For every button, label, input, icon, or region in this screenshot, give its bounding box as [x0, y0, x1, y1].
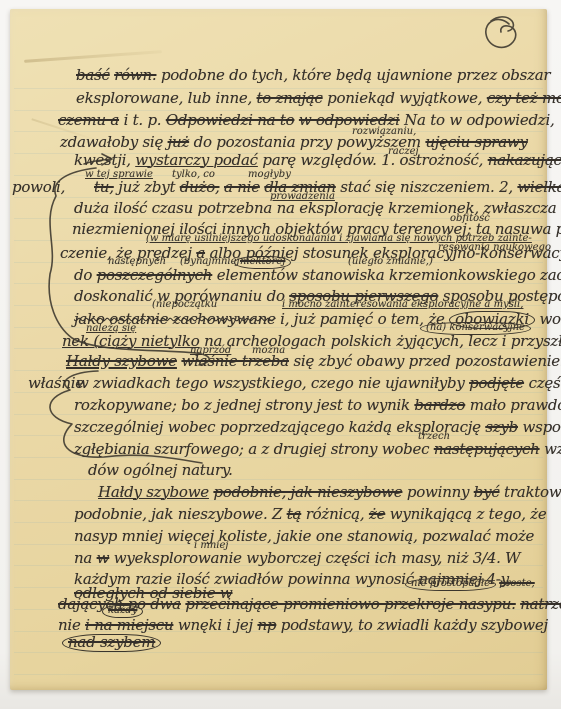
text-segment: powoli, [12, 178, 65, 196]
text-segment: wystarczy podać [135, 151, 258, 169]
text-segment: w zwiadkach tego wszystkiego, czego nie … [76, 374, 465, 392]
handwritten-line: Hałdy szybowe podobnie, jak nieszybowe p… [98, 483, 561, 501]
text-segment-struck: i na miejscu [85, 616, 173, 634]
ruled-line [14, 370, 543, 371]
handwritten-line: nasyp mniej więcej koliste, jakie one st… [74, 527, 534, 545]
text-segment-struck: to znając [257, 89, 323, 107]
text-segment: wnęki i jej [178, 616, 253, 634]
handwritten-line: baść równ. podobne do tych, które będą u… [76, 66, 550, 84]
text-segment: zdawałoby się [60, 133, 163, 151]
text-segment: wyeksplorowanie [114, 549, 242, 567]
text-segment: podobnie, jak nieszybowe. Z [74, 505, 282, 523]
text-segment-struck: tu, [94, 178, 114, 196]
text-segment: wspomnianego wyżej [523, 418, 561, 436]
text-segment: pozwalać może [422, 527, 534, 545]
text-segment: stanowią, [347, 527, 417, 545]
text-segment-struck: już [168, 133, 189, 151]
text-segment-struck: Hałdy szybowe [66, 352, 177, 370]
text-segment: (niepoczątku [152, 299, 217, 310]
text-segment: wzglę- [544, 440, 561, 458]
text-segment: do pozostania przy powyższem [194, 133, 421, 151]
text-segment: Na to w odpowiedzi, [404, 111, 554, 129]
text-segment: eksplorowane, lub inne, [76, 89, 252, 107]
text-segment: nie [58, 616, 81, 634]
text-segment-struck: podjęte [469, 374, 524, 392]
handwritten-line: powoli, [12, 178, 65, 196]
handwritten-line: nie i na miejscu wnęki i jej np podstawy… [58, 616, 548, 634]
text-segment-struck: równ. [114, 66, 156, 84]
interline-correction: nie prostopadłe proste, [405, 578, 535, 591]
text-segment-struck: być [474, 483, 500, 501]
text-segment-struck: następujących [434, 440, 540, 458]
text-segment-struck: poszczególnych [97, 266, 213, 284]
text-segment: zgłębiania szurfowego; a z drugiej stron… [74, 440, 429, 458]
text-segment: podstawy, to zwiadli każdy szybowej [281, 616, 548, 634]
text-segment-struck: np [257, 616, 276, 634]
text-segment: części ich masy, niż 3/4. W [326, 549, 521, 567]
text-segment-struck: bardzo [414, 396, 465, 414]
handwritten-line: rozkopywane; bo z jednej strony jest to … [74, 396, 561, 414]
handwritten-line: do poszczególnych elementów stanowiska k… [74, 266, 561, 284]
text-segment-struck: przecinające promieniowo przekroje nasyp… [185, 595, 515, 613]
paper-crease [24, 50, 162, 63]
text-segment: się zbyć obawy przed pozostawieniem [293, 352, 561, 370]
text-segment: na [74, 549, 92, 567]
text-segment: dów ogólnej natury. [88, 461, 233, 479]
text-segment-struck: szyb [485, 418, 518, 436]
text-segment: wobec krzemio- [539, 310, 561, 328]
text-segment: różnicą, [306, 505, 365, 523]
handwritten-line: zdawałoby się już do pozostania przy pow… [60, 133, 528, 151]
text-segment-struck: że [369, 505, 385, 523]
handwritten-line: kwestji, wystarczy podać parę względów. … [74, 151, 561, 169]
text-segment: powinny [407, 483, 469, 501]
text-segment-struck: czemu a [58, 111, 119, 129]
text-segment: stać się niszczeniem. 2, [340, 178, 513, 196]
text-segment: nek (ciąży nietylko [62, 332, 200, 350]
text-segment-struck: dużo, [180, 178, 220, 196]
text-segment: i mocno zainteresowania eksploracyjne a … [282, 299, 523, 310]
ruled-line [14, 674, 543, 675]
text-segment: już zbyt [118, 178, 175, 196]
text-segment-struck: nakazująca [488, 151, 561, 169]
ruled-line [14, 652, 543, 653]
text-segment: części hałd [529, 374, 561, 392]
handwritten-line: nad szybem [62, 633, 161, 652]
text-segment: wynikającą z tego, że [390, 505, 547, 523]
handwritten-line: szczególniej wobec poprzedzającego każdą… [74, 418, 561, 436]
handwritten-line: nek (ciąży nietylko na archeologach pols… [62, 332, 561, 350]
text-segment-struck: tą [287, 505, 301, 523]
text-segment: traktowane [504, 483, 561, 501]
scan-background: baść równ. podobne do tych, które będą u… [0, 0, 561, 709]
text-segment-struck: ujęciu sprawy [425, 133, 527, 151]
handwritten-line: zgłębiania szurfowego; a z drugiej stron… [74, 440, 561, 458]
handwritten-line: czemu a i t. p. Odpowiedzi na to w odpow… [58, 111, 555, 129]
text-segment: i t. p. [124, 111, 162, 129]
handwritten-line: Hałdy szybowe właśnie trzeba się zbyć ob… [66, 352, 561, 370]
handwritten-line: podobnie, jak nieszybowe. Z tą różnicą, … [74, 505, 547, 523]
text-segment-struck: w [97, 549, 110, 567]
text-segment: podobne do tych, które będą ujawnione pr… [161, 66, 550, 84]
handwritten-line: eksplorowane, lub inne, to znając poniek… [76, 89, 561, 107]
text-segment: poniekąd wyjątkowe, [327, 89, 482, 107]
text-segment-struck: podobnie, jak nieszybowe [213, 483, 402, 501]
text-segment: do [74, 266, 92, 284]
text-segment: mało prawdopodobny, [470, 396, 561, 414]
text-segment: kwestji, [74, 151, 131, 169]
text-segment-struck: proste, [499, 578, 534, 589]
text-segment-struck: natrzem [520, 595, 561, 613]
text-segment: Hałdy szybowe [98, 483, 209, 501]
text-segment: rozkopywane; bo z jednej strony jest to … [74, 396, 410, 414]
text-segment: elementów stanowiska krzemionkowskiego z… [217, 266, 561, 284]
text-segment: wyborczej [246, 549, 321, 567]
text-segment-struck: baść [76, 66, 110, 84]
text-segment-struck: wielka [517, 178, 561, 196]
text-segment-struck: a nie [224, 178, 260, 196]
handwritten-line: w zwiadkach tego wszystkiego, czego nie … [76, 374, 561, 392]
handwritten-line: na w wyeksplorowanie wyborczej części ic… [74, 549, 520, 567]
text-segment-struck: Odpowiedzi na to [166, 111, 295, 129]
text-segment-struck: czy też można [487, 89, 561, 107]
text-segment-struck: właśnie trzeba [181, 352, 288, 370]
text-segment-circled: nie prostopadłe [405, 578, 496, 591]
text-segment: parę względów. 1. ostrożność, [262, 151, 483, 169]
text-segment-struck: nad szybem [62, 634, 161, 652]
handwritten-line: dów ogólnej natury. [88, 461, 233, 479]
